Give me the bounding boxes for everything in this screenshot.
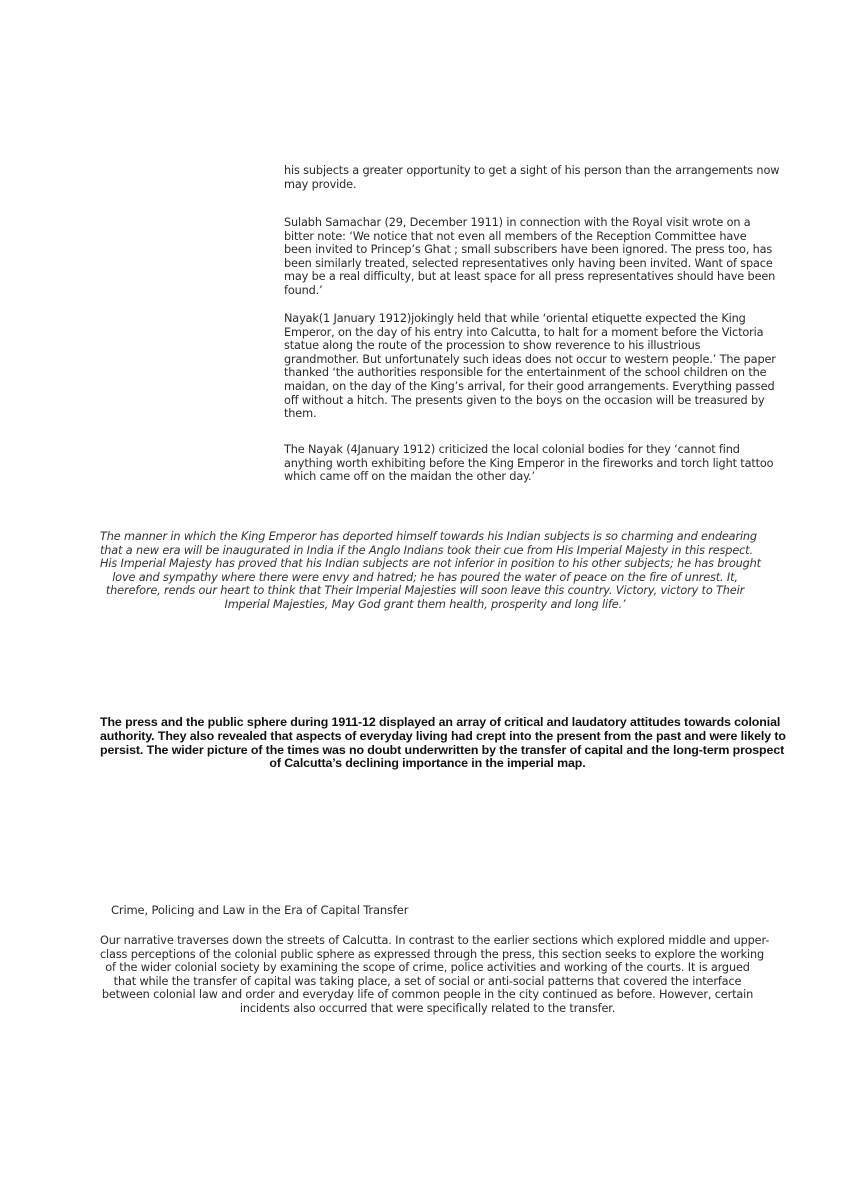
conclusion-line: persist. The wider picture of the times …	[100, 744, 755, 758]
text-line: been invited to Princep’s Ghat ; small s…	[284, 243, 784, 257]
conclusion-line: authority. They also revealed that aspec…	[100, 730, 755, 744]
text-line: incidents also occurred that were specif…	[100, 1002, 755, 1016]
text-line: The Nayak (4January 1912) criticized the…	[284, 443, 784, 457]
paragraph-nayak-1-january: Nayak(1 January 1912)jokingly held that …	[284, 312, 784, 421]
text-line: may be a real difficulty, but at least s…	[284, 270, 784, 284]
text-line: his subjects a greater opportunity to ge…	[284, 164, 784, 178]
text-line: Sulabh Samachar (29, December 1911) in c…	[284, 216, 784, 230]
text-line: between colonial law and order and every…	[100, 988, 755, 1002]
text-line: them.	[284, 407, 784, 421]
text-line: may provide.	[284, 178, 784, 192]
text-line: which came off on the maidan the other d…	[284, 470, 784, 484]
quote-line: therefore, rends our heart to think that…	[100, 584, 750, 598]
quote-line: love and sympathy where there were envy …	[100, 571, 750, 585]
paragraph-sulabh-samachar: Sulabh Samachar (29, December 1911) in c…	[284, 216, 784, 298]
text-line: anything worth exhibiting before the Kin…	[284, 457, 784, 471]
text-line: thanked ‘the authorities responsible for…	[284, 366, 784, 380]
section-heading: Crime, Policing and Law in the Era of Ca…	[111, 904, 611, 918]
paragraph-continuation: his subjects a greater opportunity to ge…	[284, 164, 784, 191]
text-line: been similarly treated, selected represe…	[284, 257, 784, 271]
text-line: bitter note: ‘We notice that not even al…	[284, 230, 784, 244]
text-line: found.’	[284, 284, 784, 298]
text-line: Nayak(1 January 1912)jokingly held that …	[284, 312, 784, 326]
quote-line: Imperial Majesties, May God grant them h…	[100, 598, 750, 612]
conclusion-line: of Calcutta’s declining importance in th…	[100, 757, 755, 771]
text-line: maidan, on the day of the King’s arrival…	[284, 380, 784, 394]
text-line: off without a hitch. The presents given …	[284, 394, 784, 408]
quote-line: His Imperial Majesty has proved that his…	[100, 557, 750, 571]
text-line: grandmother. But unfortunately such idea…	[284, 353, 784, 367]
text-line: Our narrative traverses down the streets…	[100, 934, 755, 948]
paragraph-nayak-4-january: The Nayak (4January 1912) criticized the…	[284, 443, 784, 484]
text-line: that while the transfer of capital was t…	[100, 975, 755, 989]
section-intro-paragraph: Our narrative traverses down the streets…	[100, 934, 755, 1016]
text-line: of the wider colonial society by examini…	[100, 961, 755, 975]
conclusion-line: The press and the public sphere during 1…	[100, 716, 755, 730]
block-quote: The manner in which the King Emperor has…	[100, 530, 750, 612]
quote-line: that a new era will be inaugurated in In…	[100, 544, 750, 558]
conclusion-paragraph: The press and the public sphere during 1…	[100, 716, 755, 771]
text-line: class perceptions of the colonial public…	[100, 948, 755, 962]
text-line: Emperor, on the day of his entry into Ca…	[284, 326, 784, 340]
text-line: statue along the route of the procession…	[284, 339, 784, 353]
quote-line: The manner in which the King Emperor has…	[100, 530, 750, 544]
